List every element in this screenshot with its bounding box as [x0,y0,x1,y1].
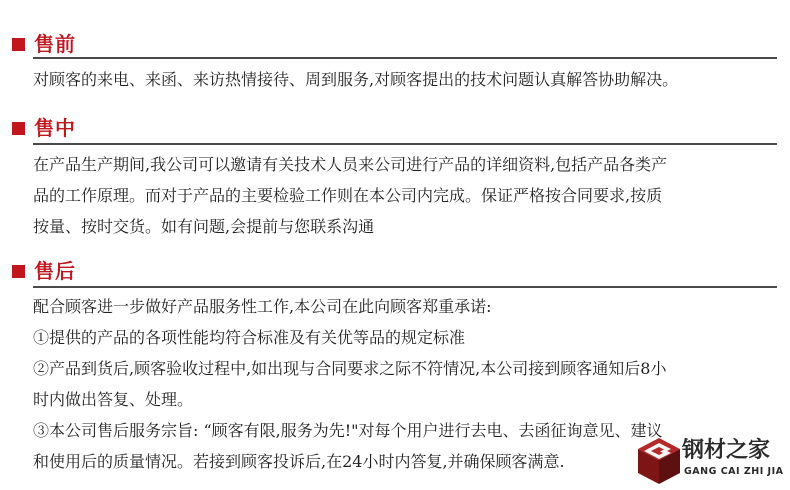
section-divider [33,143,777,145]
section-header: 售中 [0,113,790,143]
body-line: ①提供的产品的各项性能均符合标准及有关优等品的规定标准 [33,322,783,353]
square-bullet-icon [12,265,25,278]
section-header: 售前 [0,29,790,59]
body-line: 配合顾客进一步做好产品服务性工作,本公司在此向顾客郑重承诺: [33,291,783,322]
section-title: 售前 [34,29,76,59]
section-title: 售中 [34,113,76,143]
section-divider [33,286,777,288]
body-line: ②产品到货后,顾客验收过程中,如出现与合同要求之际不符情况,本公司接到顾客通知后… [33,353,783,384]
section-pre-sale: 售前 对顾客的来电、来函、来访热情接待、周到服务,对顾客提出的技术问题认真解答协… [0,29,790,59]
section-divider [33,57,777,59]
body-line: 品的工作原理。而对于产品的主要检验工作则在本公司内完成。保证严格按合同要求,按质 [33,180,783,211]
cube-g-logo-icon [636,436,682,486]
watermark-name-cn: 钢材之家 [682,438,770,464]
square-bullet-icon [12,122,25,135]
square-bullet-icon [12,38,25,51]
section-in-sale: 售中 在产品生产期间,我公司可以邀请有关技术人员来公司进行产品的详细资料,包括产… [0,113,790,143]
watermark-logo: 钢材之家 GANG CAI ZHI JIA [630,432,790,490]
section-after-sale: 售后 配合顾客进一步做好产品服务性工作,本公司在此向顾客郑重承诺: ①提供的产品… [0,256,790,286]
body-line: 按量、按时交货。如有问题,会提前与您联系沟通 [33,211,783,242]
body-line: 在产品生产期间,我公司可以邀请有关技术人员来公司进行产品的详细资料,包括产品各类… [33,149,783,180]
section-title: 售后 [34,256,76,286]
body-line: 对顾客的来电、来函、来访热情接待、周到服务,对顾客提出的技术问题认真解答协助解决… [33,64,783,95]
body-line: 时内做出答复、处理。 [33,384,783,415]
section-body: 在产品生产期间,我公司可以邀请有关技术人员来公司进行产品的详细资料,包括产品各类… [33,149,783,242]
watermark-name-en: GANG CAI ZHI JIA [684,466,783,478]
section-body: 对顾客的来电、来函、来访热情接待、周到服务,对顾客提出的技术问题认真解答协助解决… [33,64,783,95]
section-header: 售后 [0,256,790,286]
